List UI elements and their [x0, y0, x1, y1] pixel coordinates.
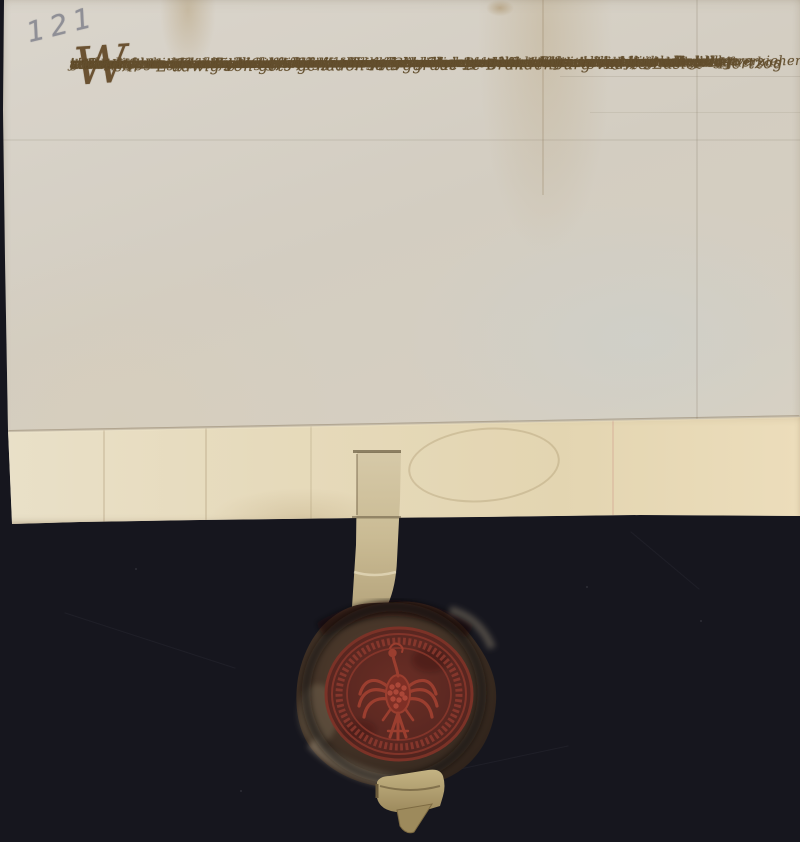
scratch-mark: [630, 531, 700, 590]
tag-strip: [352, 452, 401, 607]
seal-assembly: [260, 438, 540, 842]
scratch-mark: [64, 612, 235, 669]
crease-line: [590, 112, 800, 113]
dust-speck: [135, 568, 137, 570]
dust-speck: [586, 586, 588, 588]
crease-line: [0, 139, 800, 141]
crease-line: [542, 0, 544, 195]
fold-crease: [103, 418, 105, 524]
tag-slit-line: [353, 450, 401, 453]
fold-crease: [205, 418, 207, 524]
fold-crease: [612, 416, 614, 524]
seal-tail: [377, 770, 445, 833]
dust-speck: [700, 620, 702, 622]
charter-photograph: 121 W ir · L udwig von gots genaden Marg…: [0, 0, 800, 842]
seal-tag: [352, 450, 401, 607]
manuscript-line: jar vnd darnach in dem achten vnd fuenfz…: [70, 56, 458, 79]
tag-edge-line: [352, 516, 401, 519]
seal-center: [325, 627, 473, 761]
dust-speck: [240, 790, 242, 792]
